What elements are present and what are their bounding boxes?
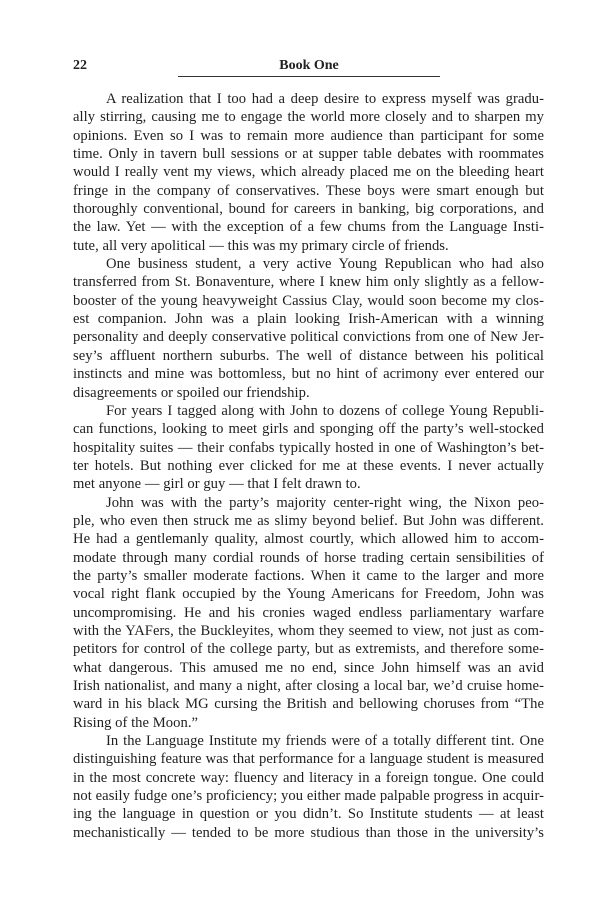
text-line: the law. Yet — with the exception of a f… xyxy=(73,218,544,236)
text-line: would I really vent my views, which alre… xyxy=(73,163,544,181)
text-line: In the Language Institute my friends wer… xyxy=(73,732,544,750)
text-line: can functions, looking to meet girls and… xyxy=(73,420,544,438)
text-line: instincts and mine was bottomless, but n… xyxy=(73,365,544,383)
text-line: modate through many cordial rounds of ho… xyxy=(73,549,544,567)
text-line: what dangerous. This amused me no end, s… xyxy=(73,659,544,677)
text-line: petitors for control of the college part… xyxy=(73,640,544,658)
text-line: ple, who even then struck me as slimy be… xyxy=(73,512,544,530)
text-line: vocal right flank occupied by the Young … xyxy=(73,585,544,603)
text-line: thoroughly conventional, bound for caree… xyxy=(73,200,544,218)
text-line: mechanistically — tended to be more stud… xyxy=(73,824,544,842)
text-line: transferred from St. Bonaventure, where … xyxy=(73,273,544,291)
text-line: John was with the party’s majority cente… xyxy=(73,494,544,512)
text-line: fringe in the company of conservatives. … xyxy=(73,182,544,200)
text-line: One business student, a very active Youn… xyxy=(73,255,544,273)
text-line: A realization that I too had a deep desi… xyxy=(73,90,544,108)
text-line: For years I tagged along with John to do… xyxy=(73,402,544,420)
text-line: ally stirring, causing me to engage the … xyxy=(73,108,544,126)
text-line: not easily fudge one’s proficiency; you … xyxy=(73,787,544,805)
header-rule xyxy=(178,76,440,77)
text-line: ter hotels. But nothing ever clicked for… xyxy=(73,457,544,475)
text-line: Irish nationalist, and many a night, aft… xyxy=(73,677,544,695)
text-line: uncompromising. He and his cronies waged… xyxy=(73,604,544,622)
text-line: the party’s smaller moderate factions. W… xyxy=(73,567,544,585)
text-line: sey’s affluent northern suburbs. The wel… xyxy=(73,347,544,365)
text-line: opinions. Even so I was to remain more a… xyxy=(73,127,544,145)
text-line: in the most concrete way: fluency and li… xyxy=(73,769,544,787)
book-page: 22 Book One A realization that I too had… xyxy=(0,0,600,900)
text-line: est companion. John was a plain looking … xyxy=(73,310,544,328)
text-line: He had a gentlemanly quality, almost cou… xyxy=(73,530,544,548)
page-number: 22 xyxy=(73,58,87,74)
text-line: ing the language in question or you didn… xyxy=(73,805,544,823)
running-head: Book One xyxy=(178,58,440,74)
text-line: booster of the young heavyweight Cassius… xyxy=(73,292,544,310)
text-line: disagreements or spoiled our friendship. xyxy=(73,384,544,402)
text-line: Rising of the Moon.” xyxy=(73,714,544,732)
body-text: A realization that I too had a deep desi… xyxy=(73,90,544,842)
text-line: with the YAFers, the Buckleyites, whom t… xyxy=(73,622,544,640)
text-line: tute, all very apolitical — this was my … xyxy=(73,237,544,255)
text-line: distinguishing feature was that performa… xyxy=(73,750,544,768)
text-line: ward in his black MG cursing the British… xyxy=(73,695,544,713)
text-line: personality and deeply conservative poli… xyxy=(73,328,544,346)
text-line: time. Only in tavern bull sessions or at… xyxy=(73,145,544,163)
text-line: met anyone — girl or guy — that I felt d… xyxy=(73,475,544,493)
text-line: hospitality suites — their confabs typic… xyxy=(73,439,544,457)
